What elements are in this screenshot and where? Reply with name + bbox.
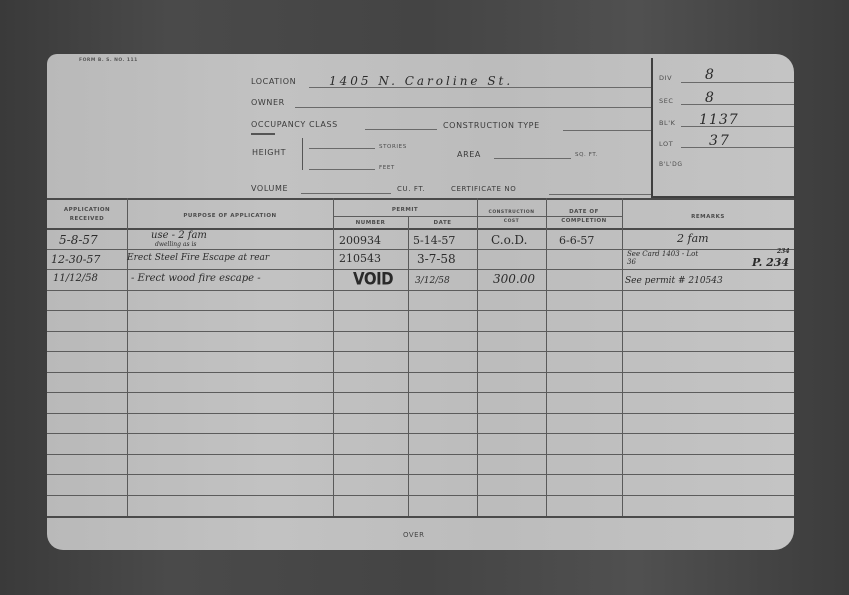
row-line	[47, 495, 794, 496]
construction-type-label: CONSTRUCTION TYPE	[443, 121, 540, 130]
occupancy-underline	[365, 129, 437, 130]
row3-void-stamp: VOID	[353, 269, 393, 290]
row2-remarks-extra: P. 234	[752, 256, 789, 269]
lot-info-box: DIV 8 SEC 8 BL'K 1137 LOT 37 B'L'DG	[651, 58, 796, 198]
over-footer: OVER	[403, 531, 424, 539]
row-line	[47, 310, 794, 311]
row2-permit-number: 210543	[339, 252, 381, 265]
col-line	[127, 198, 128, 516]
height-label: HEIGHT	[252, 148, 286, 157]
header-remarks: REMARKS	[622, 213, 794, 222]
row3-received: 11/12/58	[53, 273, 98, 284]
col-line	[333, 198, 334, 516]
row1-purpose-extra: dwelling as is	[155, 241, 196, 248]
bldg-label: B'L'DG	[659, 161, 683, 168]
area-unit: SQ. FT.	[575, 152, 598, 158]
area-label: AREA	[457, 150, 481, 159]
row-line	[47, 351, 794, 352]
row-line	[47, 372, 794, 373]
table-bottom-border	[47, 516, 794, 518]
sec-label: SEC	[659, 97, 674, 105]
col-line	[546, 198, 547, 516]
row-line	[47, 433, 794, 434]
header-permit: PERMIT	[333, 206, 477, 215]
blk-value: 1137	[699, 112, 739, 128]
location-label: LOCATION	[251, 77, 296, 86]
permit-record-card: FORM B. S. NO. 111 LOCATION 1405 N. Caro…	[47, 54, 794, 550]
row2-permit-date: 3-7-58	[417, 252, 456, 266]
area-underline	[494, 158, 571, 159]
owner-underline	[295, 107, 651, 108]
row1-permit-date: 5-14-57	[413, 234, 455, 247]
row-line	[47, 454, 794, 455]
form-number: FORM B. S. NO. 111	[79, 58, 138, 63]
volume-underline	[301, 193, 391, 194]
header-permit-date: DATE	[408, 219, 477, 228]
row1-completion: 6-6-57	[559, 234, 594, 247]
lot-value: 37	[709, 133, 731, 149]
volume-unit: CU. FT.	[397, 185, 425, 193]
row-line	[47, 474, 794, 475]
stories-underline	[309, 148, 375, 149]
div-label: DIV	[659, 74, 672, 82]
header-date-of-completion: DATE OF COMPLETION	[550, 208, 618, 226]
lot-label: LOT	[659, 140, 673, 148]
row2-received: 12-30-57	[51, 253, 100, 266]
certificate-underline	[549, 194, 651, 195]
row3-remarks: See permit # 210543	[625, 276, 723, 286]
header-construction-cost: CONSTRUCTION COST	[481, 208, 542, 226]
row3-cost: 300.00	[493, 272, 535, 286]
row2-purpose: Erect Steel Fire Escape at rear	[127, 253, 269, 263]
row-line	[47, 269, 794, 270]
row1-cost: C.o.D.	[491, 233, 527, 247]
row1-remarks: 2 fam	[677, 232, 709, 245]
row-line	[47, 290, 794, 291]
row2-remarks: See Card 1403 - Lot 36	[627, 250, 707, 266]
sec-underline	[681, 104, 794, 105]
occupancy-class-label: OCCUPANCY CLASS	[251, 120, 338, 129]
row1-received: 5-8-57	[59, 233, 98, 247]
row1-purpose: use - 2 fam	[151, 230, 207, 241]
volume-label: VOLUME	[251, 184, 288, 193]
row3-permit-date: 3/12/58	[415, 276, 450, 286]
lot-underline	[681, 147, 794, 148]
certificate-no-label: CERTIFICATE NO	[451, 185, 516, 193]
div-value: 8	[705, 67, 714, 83]
feet-underline	[309, 169, 375, 170]
dash-mark	[251, 133, 275, 135]
table-top-border	[47, 198, 794, 200]
row-line	[47, 413, 794, 414]
row1-permit-number: 200934	[339, 234, 381, 247]
stories-label: STORIES	[379, 144, 407, 150]
construction-underline	[563, 130, 651, 131]
blk-label: BL'K	[659, 119, 676, 127]
row-line	[47, 392, 794, 393]
header-application-received: APPLICATION RECEIVED	[47, 206, 127, 224]
header-purpose: PURPOSE OF APPLICATION	[127, 212, 333, 221]
height-brace	[302, 138, 308, 170]
col-line	[477, 198, 478, 516]
sec-value: 8	[705, 90, 714, 106]
col-line	[622, 198, 623, 516]
owner-label: OWNER	[251, 98, 285, 107]
feet-label: FEET	[379, 165, 395, 171]
div-underline	[681, 82, 794, 83]
row-line	[47, 331, 794, 332]
row3-purpose: - Erect wood fire escape -	[131, 273, 261, 284]
col-line	[408, 216, 409, 516]
header-permit-number: NUMBER	[333, 219, 408, 228]
location-value: 1405 N. Caroline St.	[329, 74, 513, 88]
row2-remarks-extra-top: 234	[777, 248, 790, 255]
